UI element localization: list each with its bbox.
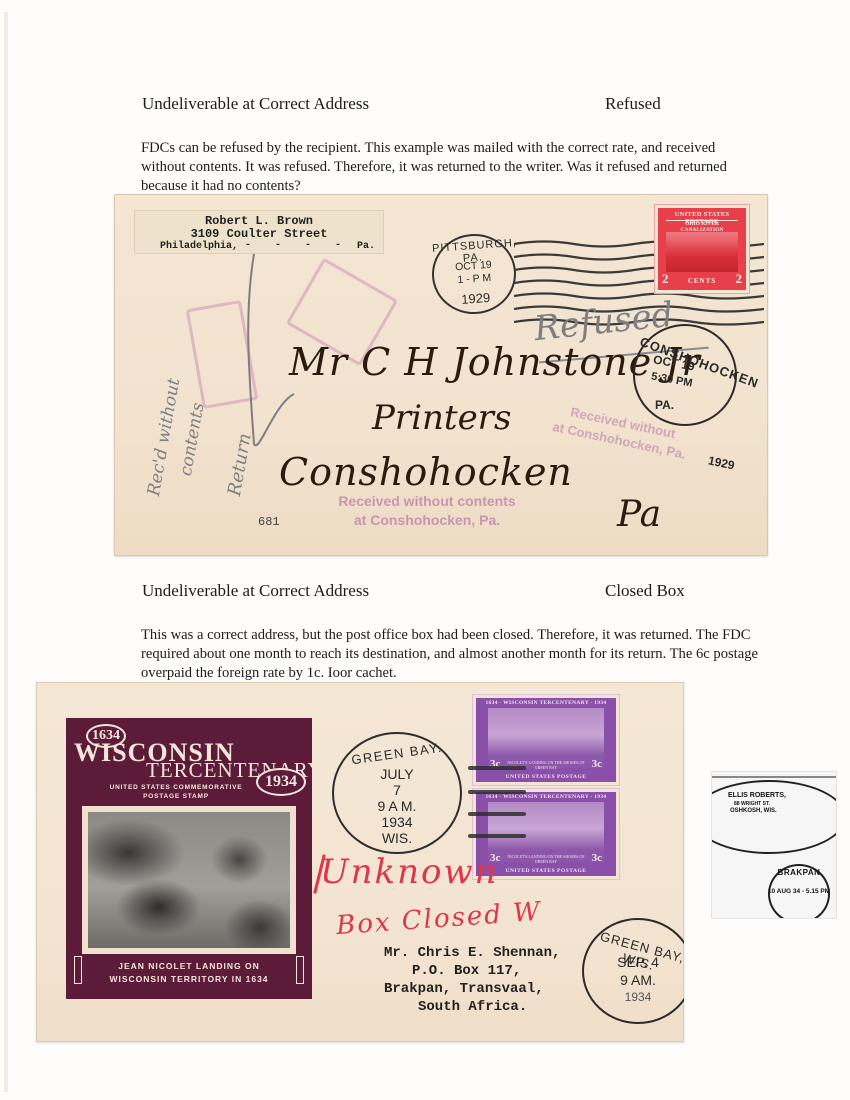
addressee-line-2: Printers — [372, 398, 511, 438]
sender-name: ELLIS ROBERTS, — [728, 792, 786, 799]
nicolet-landing-image — [88, 812, 290, 948]
postmark-time: 5:30 PM — [650, 370, 693, 389]
postmark-year: 1929 — [707, 453, 736, 472]
return-name: Robert L. Brown — [135, 214, 383, 228]
cachet-year-right: 1934 — [256, 768, 306, 796]
backstamp-photocopy: ELLIS ROBERTS, 88 WRIGHT ST. OSHKOSH, WI… — [712, 772, 836, 918]
postmark-state: WIS. — [334, 830, 460, 846]
postmark-date: 10 AUG 34 - 5.15 PM — [766, 888, 832, 895]
stamp-caption: NICOLET'S LANDING ON THE SHORES OF GREEN… — [506, 854, 586, 864]
cancel-bar — [468, 834, 526, 838]
cachet-subtitle-2: POSTAGE STAMP — [96, 793, 256, 800]
cancel-bar — [468, 790, 526, 794]
stamp-value: 3c — [592, 758, 602, 770]
section-1-category: Refused — [605, 94, 661, 114]
stamp-scene — [488, 708, 604, 768]
dash: - — [275, 240, 281, 251]
unknown-note: Unknown — [320, 852, 499, 892]
brakpan-postmark: BRAKPAN 10 AUG 34 - 5.15 PM — [768, 864, 830, 918]
postmark-month: JULY — [334, 766, 460, 782]
cachet-subtitle-1: UNITED STATES COMMEMORATIVE — [96, 784, 256, 791]
green-bay-postmark: GREEN BAY. JULY 7 9 A M. 1934 WIS. — [332, 732, 462, 854]
two-cent-stamp: UNITED STATES POSTAGE OHIO RIVER CANALIZ… — [658, 208, 746, 290]
stamp-cents: CENTS — [658, 277, 746, 285]
handstamp-line: at Conshohocken, Pa. — [302, 511, 552, 530]
stamp-value: 3c — [592, 852, 602, 864]
dash: - — [335, 240, 341, 251]
postmark-date: SEP. 4 — [584, 954, 684, 970]
stamp-scene — [666, 232, 738, 272]
section-2-category: Closed Box — [605, 581, 685, 601]
typed-address-line-1: Mr. Chris E. Shennan, — [384, 944, 560, 962]
pencil-side-note: Rec'd without — [144, 377, 184, 498]
stamp-top-text: 1634 - WISCONSIN TERCENTENARY - 1934 — [476, 794, 616, 800]
stamp-top-text: 1634 - WISCONSIN TERCENTENARY - 1934 — [476, 700, 616, 706]
typed-address-line-2: P.O. Box 117, — [412, 962, 521, 980]
sender-city: OSHKOSH, WIS. — [730, 808, 777, 814]
pittsburgh-postmark: PITTSBURGH, PA. OCT 19 1 - P M 1929 — [429, 231, 518, 317]
return-address-label: Robert L. Brown 3109 Coulter Street Phil… — [134, 210, 384, 254]
stamp-bottom-text: UNITED STATES POSTAGE — [476, 774, 616, 780]
dash: - — [305, 240, 311, 251]
postmark-day: 7 — [334, 782, 460, 798]
return-city: Philadelphia, — [160, 241, 238, 252]
received-without-contents-handstamp: Received without contents at Conshohocke… — [302, 492, 552, 530]
postmark-time: 9 AM. — [584, 972, 684, 988]
cachet-year-left: 1634 — [86, 724, 126, 748]
sender-street: 88 WRIGHT ST. — [734, 801, 770, 807]
postmark-year: 1929 — [435, 288, 516, 309]
postmark-year: 1934 — [584, 990, 684, 1004]
section-2-description: This was a correct address, but the post… — [141, 626, 761, 683]
cancel-bar — [468, 766, 526, 770]
postmark-town: GREEN BAY. — [343, 739, 450, 769]
typed-address-line-4: South Africa. — [418, 998, 527, 1016]
conshohocken-postmark: CONSHOHOCKEN OCT 19 5:30 PM PA. — [633, 324, 737, 426]
addressee-state: Pa — [617, 494, 661, 535]
closed-box-cover: WISCONSIN 1634 TERCENTENARY 1934 UNITED … — [36, 682, 684, 1042]
greek-key-ornament — [296, 956, 304, 984]
postmark-year: 1934 — [334, 814, 460, 830]
addressee-city: Conshohocken — [279, 450, 573, 494]
cachet-caption-2: WISCONSIN TERRITORY IN 1634 — [66, 974, 312, 984]
stamp-value: 2 — [736, 271, 743, 287]
section-1-description: FDCs can be refused by the recipient. Th… — [141, 139, 761, 196]
cancel-bar — [468, 812, 526, 816]
stamp-scene — [488, 802, 604, 862]
postmark-town: BRAKPAN — [770, 868, 828, 877]
section-1-heading: Undeliverable at Correct Address — [142, 94, 369, 114]
cachet-photo-frame — [82, 806, 296, 954]
dash: - — [245, 240, 251, 251]
postmark-state: PA. — [655, 398, 674, 412]
page-edge — [4, 12, 8, 1092]
cachet-caption-1: JEAN NICOLET LANDING ON — [66, 961, 312, 971]
handstamp-line: Received without contents — [302, 492, 552, 511]
box-closed-note: Box Closed W — [335, 897, 543, 941]
return-green-bay-postmark: GREEN BAY, WIS. SEP. 4 9 AM. 1934 — [582, 918, 684, 1024]
typed-address-line-3: Brakpan, Transvaal, — [384, 980, 544, 998]
photocopy-edge — [712, 776, 836, 778]
return-street: 3109 Coulter Street — [135, 227, 383, 241]
wisconsin-cachet: WISCONSIN 1634 TERCENTENARY 1934 UNITED … — [66, 718, 312, 999]
catalog-number: 681 — [258, 515, 280, 529]
refused-cover: Robert L. Brown 3109 Coulter Street Phil… — [114, 194, 768, 556]
return-state: Pa. — [357, 241, 375, 252]
postmark-time: 9 A M. — [334, 798, 460, 814]
pencil-side-note: contents — [176, 401, 209, 477]
section-2-heading: Undeliverable at Correct Address — [142, 581, 369, 601]
